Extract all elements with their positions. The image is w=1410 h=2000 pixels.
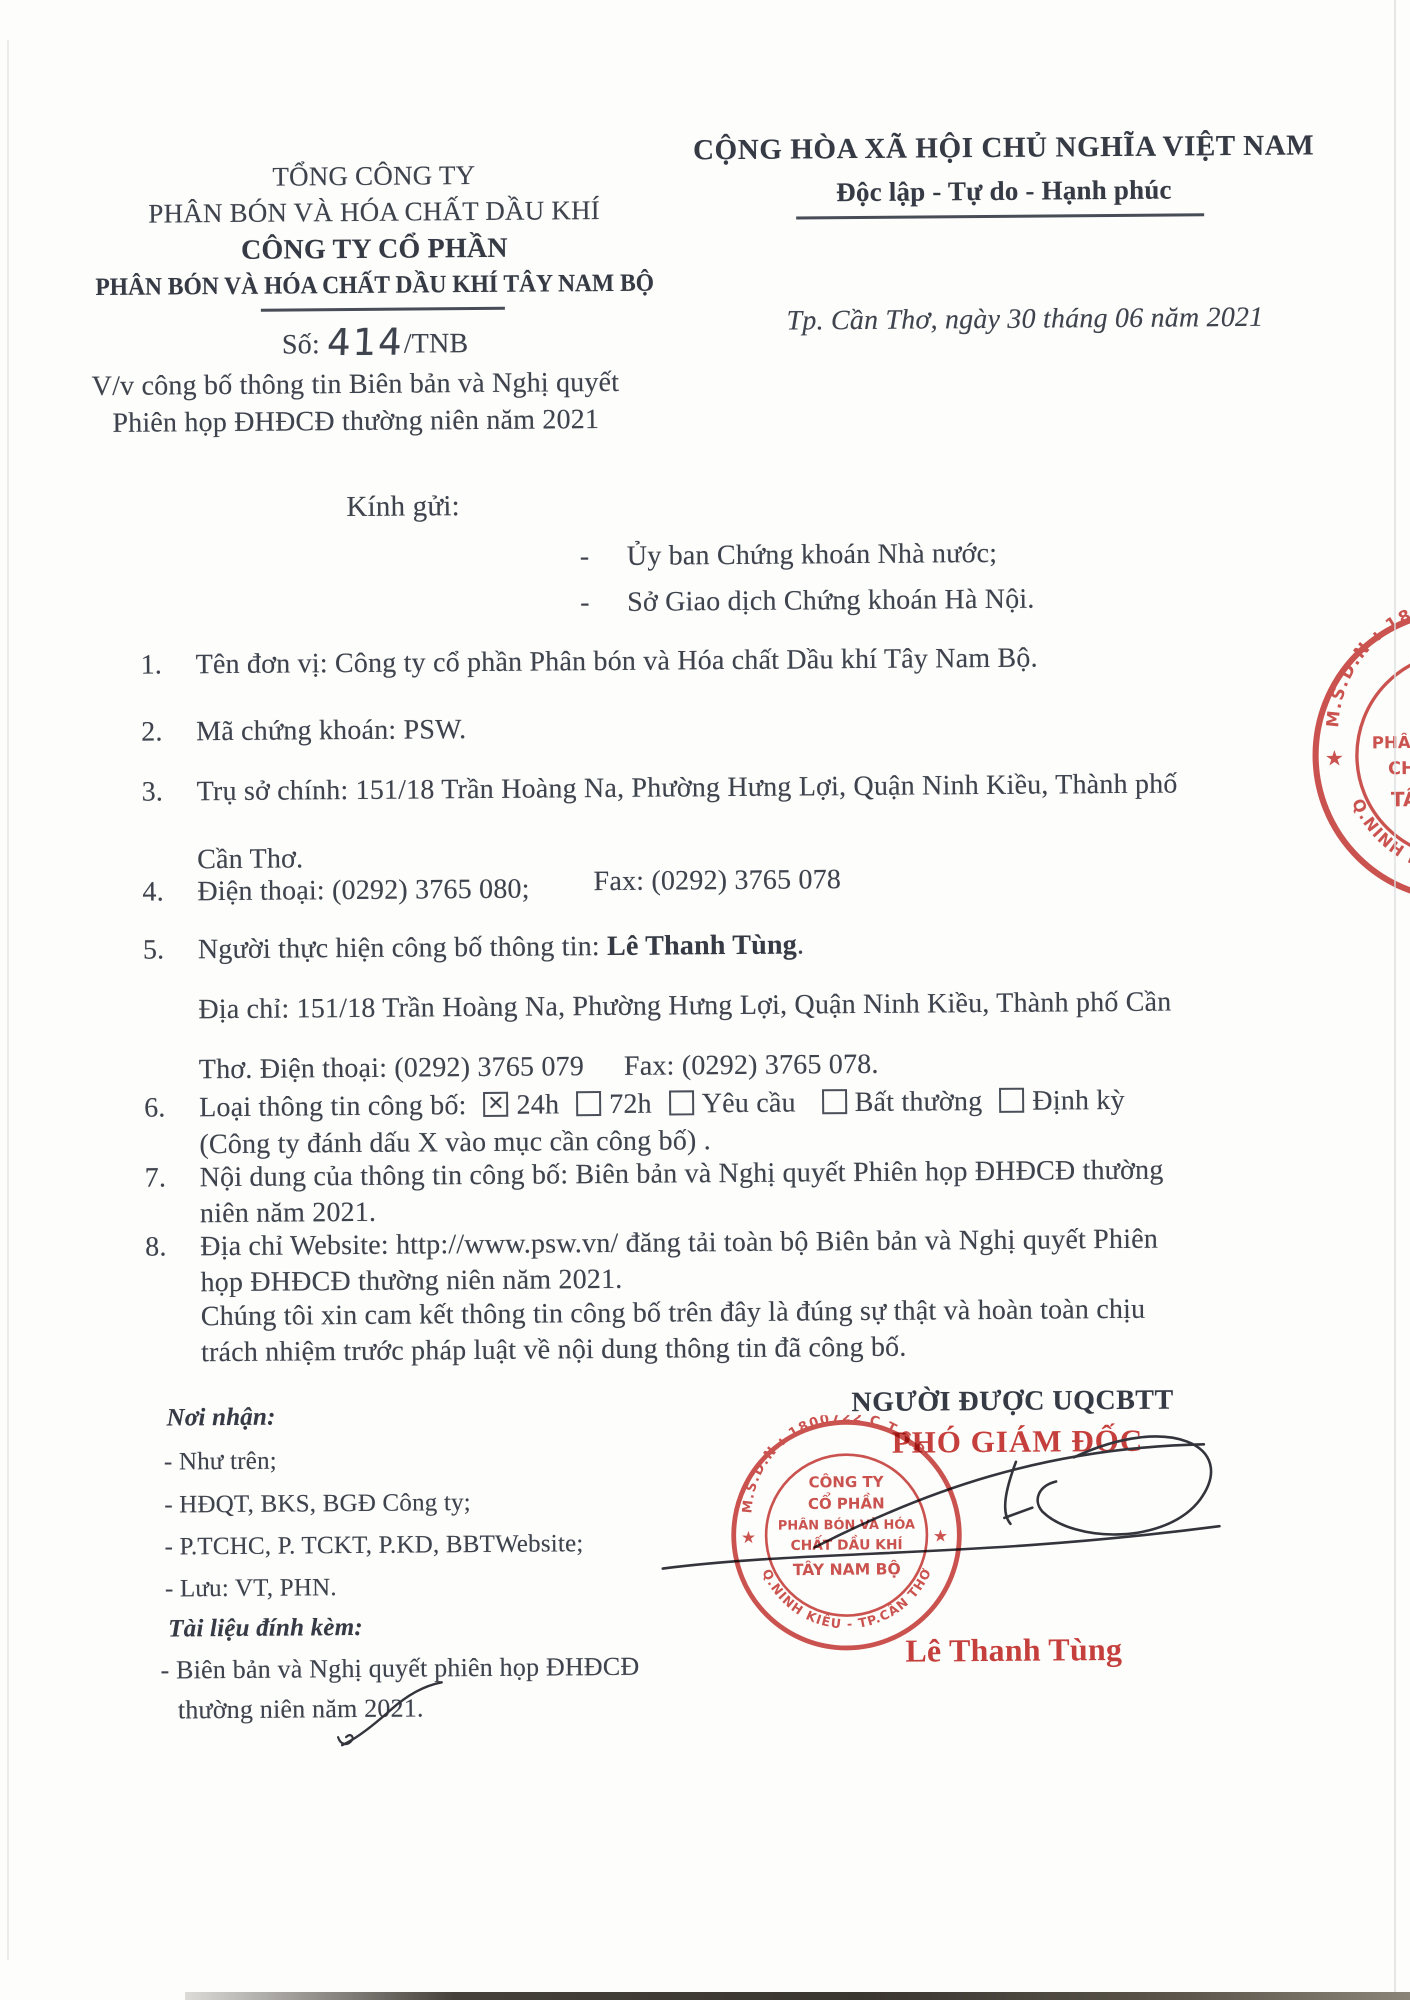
item-5-phone2: Thơ. Điện thoại: (0292) 3765 079	[199, 1051, 584, 1085]
scan-right-edge-line	[1394, 0, 1396, 2000]
item-5-number: 5.	[143, 934, 198, 966]
item-4-fax: Fax: (0292) 3765 078	[593, 864, 841, 898]
stamp-inner-line4: CHẤT DẦU KHÍ	[790, 1533, 902, 1554]
where-received-item: - Như trên;	[164, 1448, 277, 1477]
svg-text:M.S.D.N : 1800722 C.T.C.P: M.S.D.N : 1800722 C.T.C.P	[1321, 601, 1410, 728]
where-received-label: Nơi nhận:	[166, 1404, 275, 1433]
org-company-line2: PHÂN BÓN VÀ HÓA CHẤT DẦU KHÍ TÂY NAM BỘ	[83, 270, 666, 303]
recipient-dash: -	[580, 541, 627, 573]
item-2-text: Mã chứng khoán: PSW.	[196, 714, 466, 747]
recipient-row: -Ủy ban Chứng khoán Nhà nước;	[580, 538, 998, 573]
checkbox-24h-checked	[483, 1092, 508, 1117]
recipient-dash: -	[580, 587, 627, 619]
stamp-inner-line5: TÂY NAM BỘ	[793, 1558, 901, 1579]
item-6-number: 6.	[144, 1092, 199, 1124]
option-24h-label: 24h	[516, 1089, 559, 1120]
stamp-star-left: ★	[1325, 746, 1344, 771]
item-1-number: 1.	[141, 649, 196, 681]
item-3-text-line2: Cần Thơ.	[197, 843, 303, 876]
item-3-text: Trụ sở chính: 151/18 Trần Hoàng Na, Phườ…	[197, 769, 1178, 808]
option-72h: 72h	[576, 1089, 652, 1122]
option-bat-thuong: Bất thường	[822, 1086, 983, 1119]
checkbox-bat-thuong	[822, 1089, 847, 1114]
where-received-item: - P.TCHC, P. TCKT, P.KD, BBTWebsite;	[164, 1530, 583, 1561]
attachments-label: Tài liệu đính kèm:	[168, 1614, 363, 1644]
where-received-item: - Lưu: VT, PHN.	[165, 1574, 337, 1603]
item-5: 5.Người thực hiện công bố thông tin: Lê …	[143, 929, 804, 966]
checkbox-yeu-cau	[669, 1090, 694, 1115]
item-8-text-line2: họp ĐHĐCĐ thường niên năm 2021.	[200, 1264, 622, 1299]
handwritten-flourish	[336, 1680, 457, 1753]
item-4: 4.Điện thoại: (0292) 3765 080;Fax: (0292…	[142, 871, 841, 908]
org-underline	[261, 307, 505, 312]
stamp-inner-line3: PHÂN BÓN VÀ HÓA	[1372, 732, 1410, 752]
item-1: 1.Tên đơn vị: Công ty cổ phần Phân bón v…	[141, 643, 1038, 682]
item-8-number: 8.	[145, 1231, 200, 1263]
option-yeu-cau: Yêu cầu	[669, 1088, 796, 1121]
recipient-text: Sở Giao dịch Chứng khoán Hà Nội.	[627, 584, 1035, 618]
scan-left-edge-line	[7, 40, 9, 1960]
item-7-text-line2: niên năm 2021.	[200, 1197, 376, 1230]
national-motto-line1: CỘNG HÒA XÃ HỘI CHỦ NGHĨA VIỆT NAM	[614, 129, 1394, 168]
stamp-star-left: ★	[741, 1527, 756, 1547]
stamp-inner-line4: CHẤT DẦU KHÍ	[1388, 754, 1410, 779]
recipient-text: Ủy ban Chứng khoán Nhà nước;	[627, 538, 998, 572]
item-5-address-line: Địa chỉ: 151/18 Trần Hoàng Na, Phường Hư…	[198, 987, 1171, 1027]
item-5-person-name: Lê Thanh Tùng	[607, 929, 797, 961]
item-3: 3.Trụ sở chính: 151/18 Trần Hoàng Na, Ph…	[142, 769, 1178, 809]
where-received-item: - HĐQT, BKS, BGĐ Công ty;	[164, 1489, 471, 1519]
stamp-inner-line3: PHÂN BÓN VÀ HÓA	[778, 1517, 915, 1534]
recipient-row: -Sở Giao dịch Chứng khoán Hà Nội.	[580, 584, 1035, 620]
option-24h: 24h	[483, 1089, 559, 1122]
company-seal-stamp: M.S.D.N : 1800722 C.T.C.P Q.NINH KIỀU - …	[726, 1414, 968, 1656]
item-6: 6.Loại thông tin công bố:24h72hYêu cầuBấ…	[144, 1085, 1125, 1125]
motto-underline	[796, 213, 1204, 219]
subject-line1: V/v công bố thông tin Biên bản và Nghị q…	[55, 367, 655, 404]
scan-bottom-shadow	[185, 1992, 1410, 2000]
item-3-number: 3.	[142, 776, 197, 808]
subject-line2: Phiên họp ĐHĐCĐ thường niên năm 2021	[56, 404, 656, 441]
commitment-line1: Chúng tôi xin cam kết thông tin công bố …	[201, 1294, 1146, 1333]
doc-number-value: 414	[326, 321, 405, 365]
place-date: Tp. Cần Thơ, ngày 30 tháng 06 năm 2021	[650, 301, 1400, 339]
item-5-fax2: Fax: (0292) 3765 078.	[624, 1049, 879, 1083]
item-7-text: Nội dung của thông tin công bố: Biên bản…	[200, 1155, 1164, 1194]
commitment-line2: trách nhiệm trước pháp luật về nội dung …	[201, 1332, 907, 1370]
stamp-star-right: ★	[933, 1526, 948, 1546]
item-2: 2.Mã chứng khoán: PSW.	[141, 714, 466, 749]
item-8: 8.Địa chỉ Website: http://www.psw.vn/ đă…	[145, 1224, 1158, 1264]
item-5-suffix: .	[797, 929, 804, 960]
option-yeu-cau-label: Yêu cầu	[702, 1088, 796, 1120]
checkbox-dinh-ky	[999, 1088, 1024, 1113]
item-4-number: 4.	[142, 876, 197, 908]
option-dinh-ky: Định kỳ	[999, 1085, 1125, 1118]
item-4-phone: Điện thoại: (0292) 3765 080;	[197, 874, 529, 908]
item-8-text: Địa chỉ Website: http://www.psw.vn/ đăng…	[200, 1224, 1158, 1263]
org-parent-line2: PHÂN BÓN VÀ HÓA CHẤT DẦU KHÍ	[84, 195, 664, 231]
org-parent-line1: TỔNG CÔNG TY	[84, 159, 664, 195]
item-2-number: 2.	[141, 716, 196, 748]
doc-number-suffix: /TNB	[404, 328, 469, 360]
doc-number-label: Số:	[282, 329, 320, 360]
item-5-prefix: Người thực hiện công bố thông tin:	[198, 931, 607, 965]
item-7-number: 7.	[145, 1162, 200, 1194]
item-7: 7.Nội dung của thông tin công bố: Biên b…	[145, 1155, 1164, 1195]
stamp-arc-top-text: M.S.D.N : 1800722 C.T.C.P	[1321, 601, 1410, 728]
scanned-letter-page: TỔNG CÔNG TY PHÂN BÓN VÀ HÓA CHẤT DẦU KH…	[0, 0, 1410, 2000]
option-72h-label: 72h	[609, 1089, 652, 1120]
checkbox-72h	[576, 1091, 601, 1116]
item-5-phone-line: Thơ. Điện thoại: (0292) 3765 079Fax: (02…	[199, 1049, 879, 1086]
item-6-label: Loại thông tin công bố:	[199, 1090, 467, 1123]
doc-number-line: Số: 414/TNB	[85, 317, 665, 365]
national-motto-line2: Độc lập - Tự do - Hạnh phúc	[614, 173, 1394, 210]
option-dinh-ky-label: Định kỳ	[1032, 1085, 1125, 1117]
signer-name: Lê Thanh Tùng	[905, 1631, 1122, 1670]
option-bat-thuong-label: Bất thường	[855, 1086, 983, 1118]
item-1-text: Tên đơn vị: Công ty cổ phần Phân bón và …	[196, 643, 1038, 681]
org-company-line1: CÔNG TY CỔ PHẦN	[84, 232, 664, 269]
stamp-inner-line2: CỔ PHẦN	[808, 1490, 885, 1513]
stamp-inner-line1: CÔNG TY	[809, 1472, 885, 1492]
salutation-label: Kính gửi:	[346, 490, 460, 524]
item-6-note: (Công ty đánh dấu X vào mục cần công bố)…	[199, 1125, 711, 1161]
